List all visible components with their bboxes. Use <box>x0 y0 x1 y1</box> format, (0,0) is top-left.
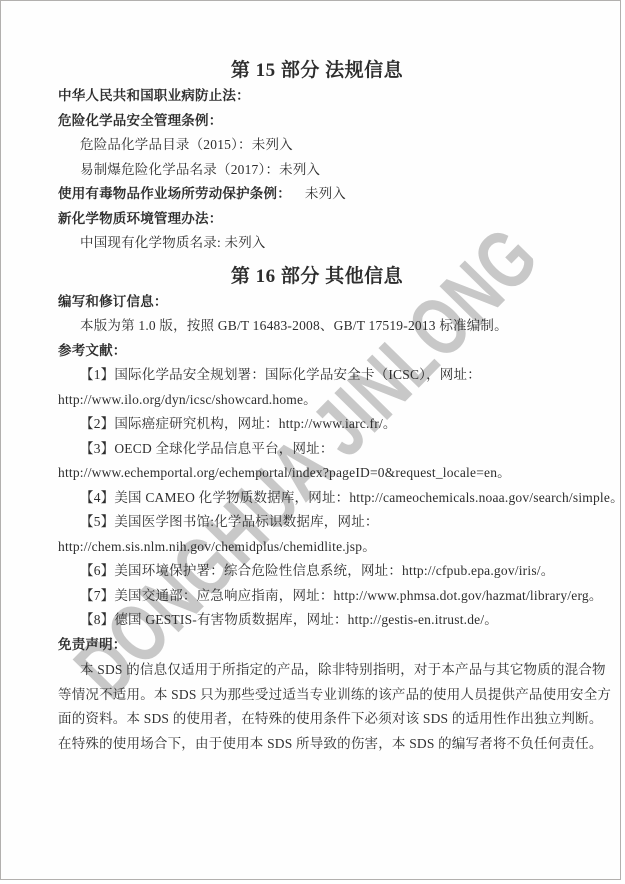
section-15-title: 第 15 部分 法规信息 <box>58 58 576 84</box>
regulation-heading-label: 使用有毒物品作业场所劳动保护条例： <box>58 186 291 201</box>
reference-entry: 【7】美国交通部：应急响应指南，网址：http://www.phmsa.dot.… <box>58 584 576 609</box>
regulation-heading: 使用有毒物品作业场所劳动保护条例：未列入 <box>58 182 576 207</box>
reference-entry: 【4】美国 CAMEO 化学物质数据库，网址：http://cameochemi… <box>58 486 576 511</box>
page-content: 第 15 部分 法规信息 中华人民共和国职业病防止法： 危险化学品安全管理条例：… <box>58 1 576 756</box>
reference-entry: 【5】美国医学图书馆:化学品标识数据库，网址： <box>58 510 576 535</box>
url-line: http://www.ilo.org/dyn/icsc/showcard.hom… <box>58 388 576 413</box>
info-heading: 免责声明： <box>58 633 576 658</box>
reference-entry: 【3】OECD 全球化学品信息平台，网址： <box>58 437 576 462</box>
reference-entry: 【1】国际化学品安全规划署：国际化学品安全卡（ICSC），网址： <box>58 363 576 388</box>
info-heading: 参考文献： <box>58 339 576 364</box>
reference-entry: 【2】国际癌症研究机构，网址：http://www.iarc.fr/。 <box>58 412 576 437</box>
regulation-heading: 新化学物质环境管理办法： <box>58 207 576 232</box>
regulation-entry: 危险品化学品目录（2015）：未列入 <box>58 133 576 158</box>
disclaimer-line: 面的资料。本 SDS 的使用者，在特殊的使用条件下必须对该 SDS 的适用性作出… <box>58 707 576 732</box>
url-line: http://chem.sis.nlm.nih.gov/chemidplus/c… <box>58 535 576 560</box>
disclaimer-paragraph: 本 SDS 的信息仅适用于所指定的产品，除非特别指明，对于本产品与其它物质的混合… <box>58 658 576 756</box>
disclaimer-line: 本 SDS 的信息仅适用于所指定的产品，除非特别指明，对于本产品与其它物质的混合… <box>58 658 576 683</box>
regulation-heading: 中华人民共和国职业病防止法： <box>58 84 576 109</box>
reference-entry: 【6】美国环境保护署：综合危险性信息系统，网址：http://cfpub.epa… <box>58 559 576 584</box>
regulation-entry: 易制爆危险化学品名录（2017）：未列入 <box>58 158 576 183</box>
disclaimer-line: 等情况不适用。本 SDS 只为那些受过适当专业训练的该产品的使用人员提供产品使用… <box>58 683 576 708</box>
document-page: DONGHUA JINLONG 第 15 部分 法规信息 中华人民共和国职业病防… <box>0 0 621 880</box>
regulation-heading-value: 未列入 <box>305 186 346 201</box>
reference-entry: 【8】德国 GESTIS-有害物质数据库，网址：http://gestis-en… <box>58 608 576 633</box>
regulation-heading: 危险化学品安全管理条例： <box>58 109 576 134</box>
section-16-title: 第 16 部分 其他信息 <box>58 264 576 290</box>
version-line: 本版为第 1.0 版，按照 GB/T 16483-2008、GB/T 17519… <box>58 314 576 339</box>
regulation-entry: 中国现有化学物质名录: 未列入 <box>58 231 576 256</box>
disclaimer-line: 在特殊的使用场合下，由于使用本 SDS 所导致的伤害，本 SDS 的编写者将不负… <box>58 732 576 757</box>
url-line: http://www.echemportal.org/echemportal/i… <box>58 461 576 486</box>
info-heading: 编写和修订信息： <box>58 290 576 315</box>
